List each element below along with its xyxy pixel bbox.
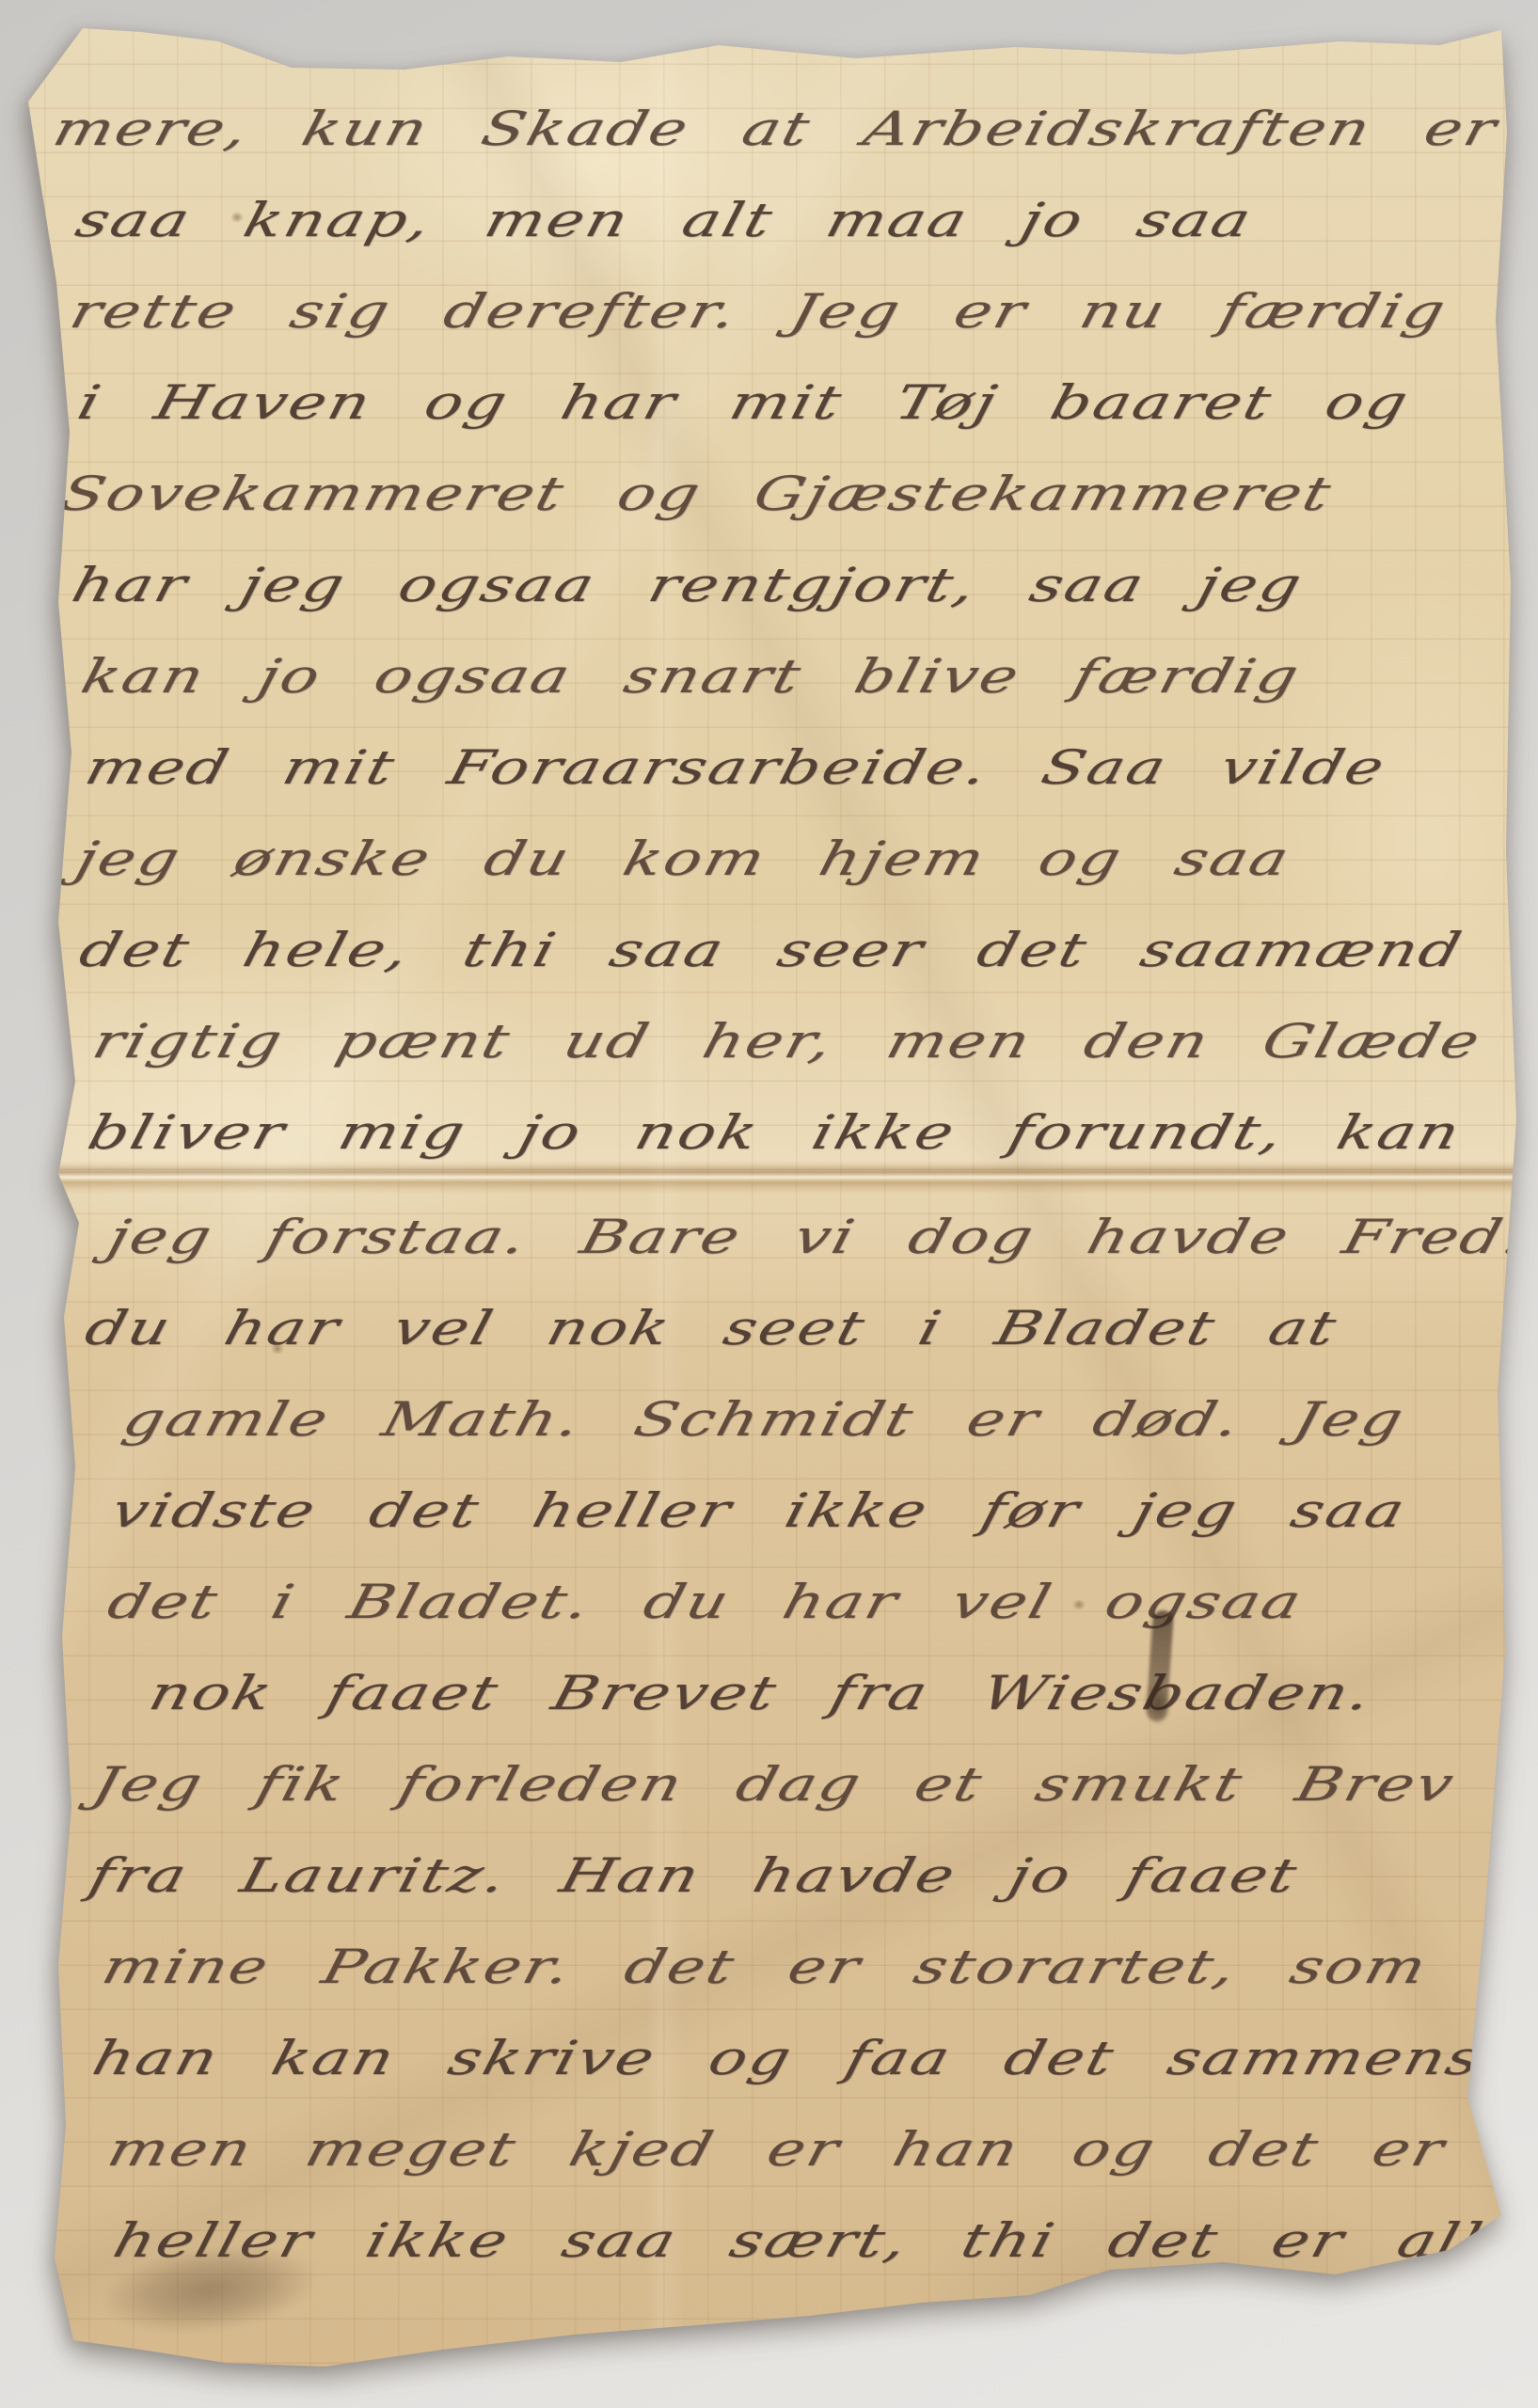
handwriting-line: Jeg fik forleden dag et smukt Brev [94, 1738, 1512, 1830]
handwriting-line: mine Pakker. det er storartet, som [103, 1921, 1512, 2012]
handwriting-line: du har vel nok seet i Bladet at [87, 1282, 1512, 1373]
handwriting-line: det hele, thi saa seer det saamænd [81, 904, 1512, 995]
handwriting-text: har jeg ogsaa rentgjort, saa jeg [67, 558, 1309, 612]
handwriting-text: han kan skrive og faa det sammensat, [87, 2031, 1538, 2085]
paper-spot [1072, 1599, 1086, 1610]
letter-page: mere, kun Skade at Arbeidskraften ersaa … [0, 0, 1538, 2408]
handwriting-text: i Haven og har mit Tøj baaret og [72, 375, 1416, 430]
handwriting-line: han kan skrive og faa det sammensat, [94, 2012, 1512, 2103]
handwriting-line: saa knap, men alt maa jo saa [77, 174, 1512, 265]
handwriting-text: du har vel nok seet i Bladet at [80, 1301, 1344, 1355]
edge-ink-mark [29, 1510, 41, 1535]
handwriting-text: mine Pakker. det er storartet, som [97, 1940, 1434, 1994]
paper-spot [230, 212, 244, 223]
handwriting-line: vidste det heller ikke før jeg saa [113, 1465, 1512, 1556]
handwriting-line: kan jo ogsaa snart blive færdig [83, 630, 1512, 721]
handwriting-text: det i Bladet. du har vel ogsaa [103, 1575, 1308, 1629]
edge-ink-mark [22, 1402, 42, 1442]
edge-ink-mark [15, 2294, 37, 2325]
handwriting-line: fra Lauritz. Han havde jo faaet [90, 1830, 1512, 1921]
handwriting-text: nok faaet Brevet fra Wiesbaden. [144, 1666, 1379, 1720]
handwriting-line: har jeg ogsaa rentgjort, saa jeg [73, 539, 1512, 630]
handwriting-text: heller ikke saa sært, thi det er alle [108, 2213, 1530, 2268]
ink-blot [1144, 1682, 1172, 1725]
handwriting-text: rette sig derefter. Jeg er nu færdig [65, 284, 1452, 339]
handwriting-text: men meget kjed er han og det er [103, 2122, 1451, 2177]
handwriting-line: nok faaet Brevet fra Wiesbaden. [151, 1647, 1512, 1738]
handwriting-line: rigtig pænt ud her, men den Glæde [94, 995, 1512, 1086]
handwriting-text: Jeg fik forleden dag et smukt Brev [87, 1757, 1461, 1812]
handwriting-line: Sovekammeret og Gjæstekammeret [62, 448, 1512, 539]
handwriting-line: mere, kun Skade at Arbeidskraften er [55, 83, 1512, 174]
handwriting-line: jeg ønske du kom hjem og saa [77, 813, 1512, 904]
handwriting-text: rigtig pænt ud her, men den Glæde [87, 1014, 1487, 1069]
letter-text: mere, kun Skade at Arbeidskraften ersaa … [38, 83, 1512, 2286]
paper-spot [271, 1343, 284, 1354]
handwriting-text: saa knap, men alt maa jo saa [71, 193, 1259, 247]
handwriting-line: bliver mig jo nok ikke forundt, kan [89, 1086, 1512, 1178]
handwriting-text: gamle Math. Schmidt er død. Jeg [118, 1392, 1411, 1447]
handwriting-line: rette sig derefter. Jeg er nu færdig [71, 265, 1512, 356]
handwriting-text: jeg ønske du kom hjem og saa [71, 832, 1296, 886]
handwriting-line: gamle Math. Schmidt er død. Jeg [124, 1373, 1512, 1465]
handwriting-text: det hele, thi saa seer det saamænd [74, 923, 1469, 977]
photo-background: mere, kun Skade at Arbeidskraften ersaa … [0, 0, 1538, 2408]
handwriting-text: bliver mig jo nok ikke forundt, kan [83, 1105, 1467, 1160]
handwriting-line: i Haven og har mit Tøj baaret og [79, 356, 1512, 448]
handwriting-text: kan jo ogsaa snart blive færdig [76, 649, 1307, 704]
handwriting-text: vidste det heller ikke før jeg saa [106, 1483, 1413, 1538]
handwriting-text: Sovekammeret og Gjæstekammeret [55, 467, 1339, 521]
handwriting-line: det i Bladet. du har vel ogsaa [109, 1556, 1512, 1647]
handwriting-text: med mit Foraarsarbeide. Saa vilde [80, 740, 1392, 795]
handwriting-line: men meget kjed er han og det er [109, 2103, 1512, 2194]
handwriting-text: fra Lauritz. Han havde jo faaet [84, 1848, 1305, 1903]
handwriting-line: med mit Foraarsarbeide. Saa vilde [87, 721, 1512, 813]
handwriting-line: jeg forstaa. Bare vi dog havde Fred. [109, 1191, 1512, 1282]
handwriting-text: jeg forstaa. Bare vi dog havde Fred. [103, 1210, 1532, 1264]
handwriting-line: heller ikke saa sært, thi det er alle [115, 2194, 1512, 2286]
handwriting-text: mere, kun Skade at Arbeidskraften er [48, 102, 1504, 156]
